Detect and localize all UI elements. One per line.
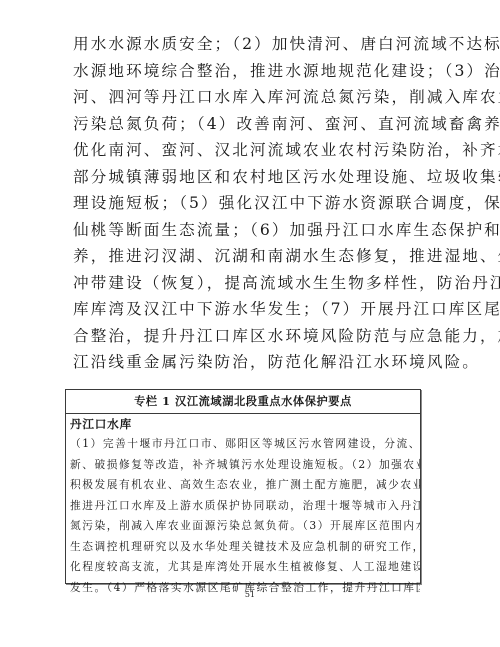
body-paragraph: 用水水源水质安全；（2）加快清河、唐白河流域不达标饮用水 水源地环境综合整治，推…	[73, 31, 429, 376]
page-number: 51	[0, 590, 500, 599]
body-line: 仙桃等断面生态流量；（6）加强丹江口水库生态保护和水源涵	[73, 217, 429, 244]
body-line: 库库湾及汉江中下游水华发生；（7）开展丹江口库区尾矿库综	[73, 296, 429, 323]
box-line: 积极发展有机农业、高效生态农业，推广测土配方施肥，减少农业面源污染。（2）	[66, 475, 420, 496]
body-line: 水源地环境综合整治，推进水源地规范化建设；（3）治理神定	[73, 58, 429, 85]
document-page: 用水水源水质安全；（2）加快清河、唐白河流域不达标饮用水 水源地环境综合整治，推…	[0, 0, 500, 647]
box-line: 化程度较高支流，尤其是库湾处开展水生植被修复、人工湿地建设等，抑制水华	[66, 557, 420, 578]
sidebar-box-column-1: 专栏 1 汉江流域湖北段重点水体保护要点 丹江口水库 （1）完善十堰市丹江口市、…	[65, 389, 421, 584]
body-line: 优化南河、蛮河、汉北河流域农业农村污染防治，补齐水源区	[73, 137, 429, 164]
body-line: 江沿线重金属污染防治，防范化解沿江水环境风险。	[73, 349, 429, 376]
box-line: 新、破损修复等改造，补齐城镇污水处理设施短板。（2）加强农业农村污染治理，	[66, 455, 420, 476]
body-line: 合整治，提升丹江口库区水环境风险防范与应急能力，加强汉	[73, 323, 429, 350]
body-line: 冲带建设（恢复），提高流域水生生物多样性，防治丹江口水	[73, 270, 429, 297]
box-line: （1）完善十堰市丹江口市、郧阳区等城区污水管网建设，分流、分区进行管网更	[66, 434, 420, 455]
body-line: 部分城镇薄弱地区和农村地区污水处理设施、垃圾收集转运处	[73, 164, 429, 191]
body-line: 污染总氮负荷；（4）改善南河、蛮河、直河流域畜禽养殖布局，	[73, 111, 429, 138]
box-title: 专栏 1 汉江流域湖北段重点水体保护要点	[66, 390, 420, 414]
box-line: 氮污染，削减入库农业面源污染总氮负荷。（3）开展库区范围内水华风险防控、	[66, 516, 420, 537]
box-line: 生态调控机理研究以及水华处理关键技术及应急机制的研究工作，在部分富营养	[66, 537, 420, 558]
body-line: 河、泗河等丹江口水库入库河流总氮污染，削减入库农业面源	[73, 84, 429, 111]
body-line: 用水水源水质安全；（2）加快清河、唐白河流域不达标饮用水	[73, 31, 429, 58]
box-subheading: 丹江口水库	[66, 414, 420, 434]
box-line: 推进丹江口水库及上游水质保护协同联动，治理十堰等城市入丹江口水库河流总	[66, 496, 420, 517]
body-line: 养，推进汈汊湖、沉湖和南湖水生态修复，推进湿地、生态缓	[73, 243, 429, 270]
body-line: 理设施短板；（5）强化汉江中下游水资源联合调度，保障唐河、	[73, 190, 429, 217]
